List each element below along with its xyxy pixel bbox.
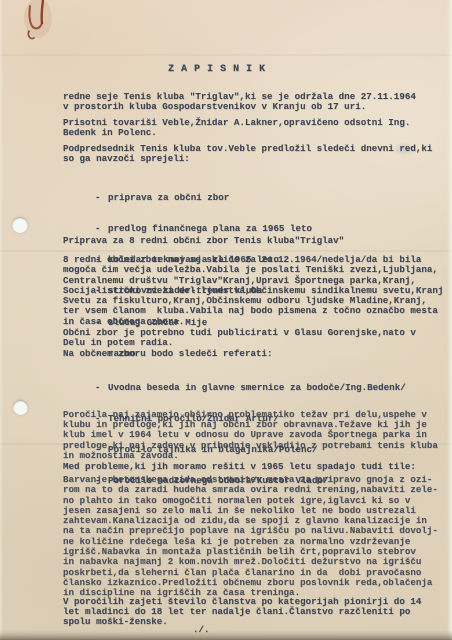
agenda-item: -predlog finančnega plana za 1965 leto <box>95 224 312 234</box>
paper-crease <box>0 54 452 56</box>
list-dash: - <box>95 224 108 234</box>
scanned-document-page: Z A P I S N I K redne seje Tenis kluba "… <box>0 0 452 640</box>
agenda-item-label: predlog finančnega plana za 1965 leto <box>108 224 312 234</box>
problems-paragraph: Barvanje betonskega zida,odstranitev mes… <box>63 475 438 599</box>
publicity-paragraph: Občni zbor je potrebno tudi publicirati … <box>63 328 416 349</box>
agenda-intro-paragraph: Podpredsednik Tenis kluba tov.Veble pred… <box>63 144 432 165</box>
rust-stain <box>16 0 58 56</box>
reports-note-paragraph: Poročila naj zajamejo obširno problemati… <box>63 410 438 461</box>
reports-intro: Na občnem zboru bodo sledeči referati: <box>63 349 273 359</box>
list-dash: - <box>95 383 108 393</box>
convocation-paragraph: 8 redni občni zbor naj se skliče za 2o.1… <box>63 255 443 327</box>
membership-paragraph: V poročilih zajeti število članstva po k… <box>63 597 421 627</box>
paper-edge-left <box>0 0 3 640</box>
agenda-item: -priprava za občni zbor <box>95 193 312 203</box>
punch-hole-bottom <box>13 400 28 415</box>
intro-session-paragraph: redne seje Tenis kluba "Triglav",ki se j… <box>63 92 416 113</box>
problems-intro: Med probleme,ki jih moramo rešiti v 1965… <box>63 462 416 472</box>
report-item: -Uvodna beseda in glavne smernice za bod… <box>95 383 406 393</box>
paper-edge-right <box>447 0 452 640</box>
punch-hole-top <box>12 217 28 233</box>
section-heading: Priprava za 8 redni občni zbor Tenis klu… <box>63 236 344 246</box>
attendance-paragraph: Prisotni tovariši Veble,Žnidar A.Lakner,… <box>63 118 410 139</box>
paper-edge-bottom <box>0 630 452 640</box>
agenda-item-label: priprava za občni zbor <box>108 193 229 203</box>
report-item-label: Uvodna beseda in glavne smernice za bodo… <box>108 383 406 393</box>
document-title: Z A P I S N I K <box>168 65 266 75</box>
list-dash: - <box>95 193 108 203</box>
